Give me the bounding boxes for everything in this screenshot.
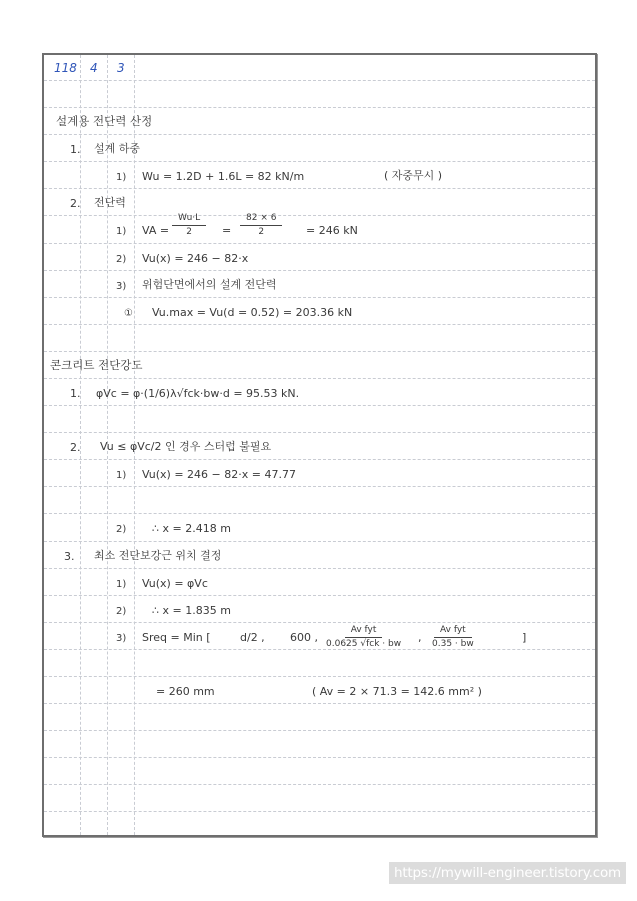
fraction: Av fyt 0.35 · bw xyxy=(432,626,474,649)
equation: ∴ x = 1.835 m xyxy=(152,604,231,617)
header-cell-section: 4 xyxy=(90,61,98,75)
item-number: 1. xyxy=(70,143,81,156)
equation-result: = 246 kN xyxy=(306,224,358,237)
header-row: 118 4 3 xyxy=(44,53,595,80)
equation: Vu(x) = 246 − 82·x = 47.77 xyxy=(142,468,296,481)
equation-note: ( Av = 2 × 71.3 = 142.6 mm² ) xyxy=(312,685,482,698)
equation: Vu(x) = φVc xyxy=(142,577,208,590)
equation: Vu ≤ φVc/2 인 경우 스터럽 불필요 xyxy=(100,438,271,454)
list-item: 1. 설계 하중 xyxy=(44,134,595,161)
item-number: 2) xyxy=(116,254,126,265)
notebook-page: 118 4 3 설계용 전단력 산정 1. 설계 하중 1) Wu = 1.2D… xyxy=(42,53,597,837)
list-item: 2. Vu ≤ φVc/2 인 경우 스터럽 불필요 xyxy=(44,432,595,459)
ruled-line xyxy=(44,730,595,731)
bracket-close: ] xyxy=(522,631,526,644)
term-d-over-2: d/2 , xyxy=(240,631,265,644)
fraction: Av fyt 0.0625 √fck · bw xyxy=(326,626,401,649)
header-cell-item: 3 xyxy=(117,61,125,75)
header-cell-problem: 118 xyxy=(54,61,77,75)
item-label: 설계 하중 xyxy=(94,140,140,156)
list-item: ① Vu.max = Vu(d = 0.52) = 203.36 kN xyxy=(44,297,595,324)
item-number: 2. xyxy=(70,197,81,210)
item-number: 1) xyxy=(116,579,126,590)
ruled-line xyxy=(44,757,595,758)
equation-lhs: VA = xyxy=(142,224,169,237)
ruled-line xyxy=(44,811,595,812)
item-number: 3. xyxy=(64,550,75,563)
item-number: 3) xyxy=(116,281,126,292)
ruled-line xyxy=(44,486,595,487)
fraction: 82 × 6 2 xyxy=(240,214,282,237)
item-number: 2) xyxy=(116,606,126,617)
list-item: 2) ∴ x = 2.418 m xyxy=(44,513,595,540)
separator: , xyxy=(418,631,422,644)
term-600: 600 , xyxy=(290,631,318,644)
item-label: 전단력 xyxy=(94,194,126,210)
ruled-line xyxy=(44,784,595,785)
fraction: Wu·L 2 xyxy=(172,214,206,237)
item-number: 1) xyxy=(116,470,126,481)
ruled-line xyxy=(44,703,595,704)
equation: Vu.max = Vu(d = 0.52) = 203.36 kN xyxy=(152,306,352,319)
section-title-row: 콘크리트 전단강도 xyxy=(44,351,595,378)
list-item: 2) Vu(x) = 246 − 82·x xyxy=(44,243,595,270)
section-title: 콘크리트 전단강도 xyxy=(50,357,143,373)
equation: Vu(x) = 246 − 82·x xyxy=(142,252,248,265)
watermark: https://mywill-engineer.tistory.com xyxy=(389,862,626,884)
item-number: 3) xyxy=(116,633,126,644)
section-title-row: 설계용 전단력 산정 xyxy=(44,107,595,134)
item-number: 1) xyxy=(116,172,126,183)
list-item: 1) Vu(x) = φVc xyxy=(44,568,595,595)
list-item: 1) Wu = 1.2D + 1.6L = 82 kN/m ( 자중무시 ) xyxy=(44,161,595,188)
ruled-line xyxy=(44,324,595,325)
item-number: 1) xyxy=(116,226,126,237)
equation: ∴ x = 2.418 m xyxy=(152,522,231,535)
equation: φVc = φ·(1/6)λ√fck·bw·d = 95.53 kN. xyxy=(96,387,299,400)
list-item: 2) ∴ x = 1.835 m xyxy=(44,595,595,622)
list-item: 3) Sreq = Min [ d/2 , 600 , Av fyt 0.062… xyxy=(44,622,595,649)
item-number: ① xyxy=(124,308,133,319)
equation-note: ( 자중무시 ) xyxy=(384,167,442,183)
item-number: 1. xyxy=(70,387,81,400)
list-item: 3. 최소 전단보강근 위치 결정 xyxy=(44,541,595,568)
item-number: 2. xyxy=(70,441,81,454)
list-item: 2. 전단력 xyxy=(44,188,595,215)
item-label: 최소 전단보강근 위치 결정 xyxy=(94,547,221,563)
ruled-line xyxy=(44,405,595,406)
equation: Wu = 1.2D + 1.6L = 82 kN/m xyxy=(142,170,304,183)
list-item: = 260 mm ( Av = 2 × 71.3 = 142.6 mm² ) xyxy=(44,676,595,703)
ruled-line xyxy=(44,80,595,81)
list-item: 1) VA = Wu·L 2 = 82 × 6 2 = 246 kN xyxy=(44,215,595,242)
list-item: 3) 위험단면에서의 설계 전단력 xyxy=(44,270,595,297)
equation-result: = 260 mm xyxy=(156,685,215,698)
ruled-line xyxy=(44,649,595,650)
equation-lhs: Sreq = Min [ xyxy=(142,631,211,644)
list-item: 1) Vu(x) = 246 − 82·x = 47.77 xyxy=(44,459,595,486)
item-number: 2) xyxy=(116,524,126,535)
section-title: 설계용 전단력 산정 xyxy=(56,113,152,129)
item-label: 위험단면에서의 설계 전단력 xyxy=(142,276,277,292)
list-item: 1. φVc = φ·(1/6)λ√fck·bw·d = 95.53 kN. xyxy=(44,378,595,405)
equals: = xyxy=(222,224,231,237)
